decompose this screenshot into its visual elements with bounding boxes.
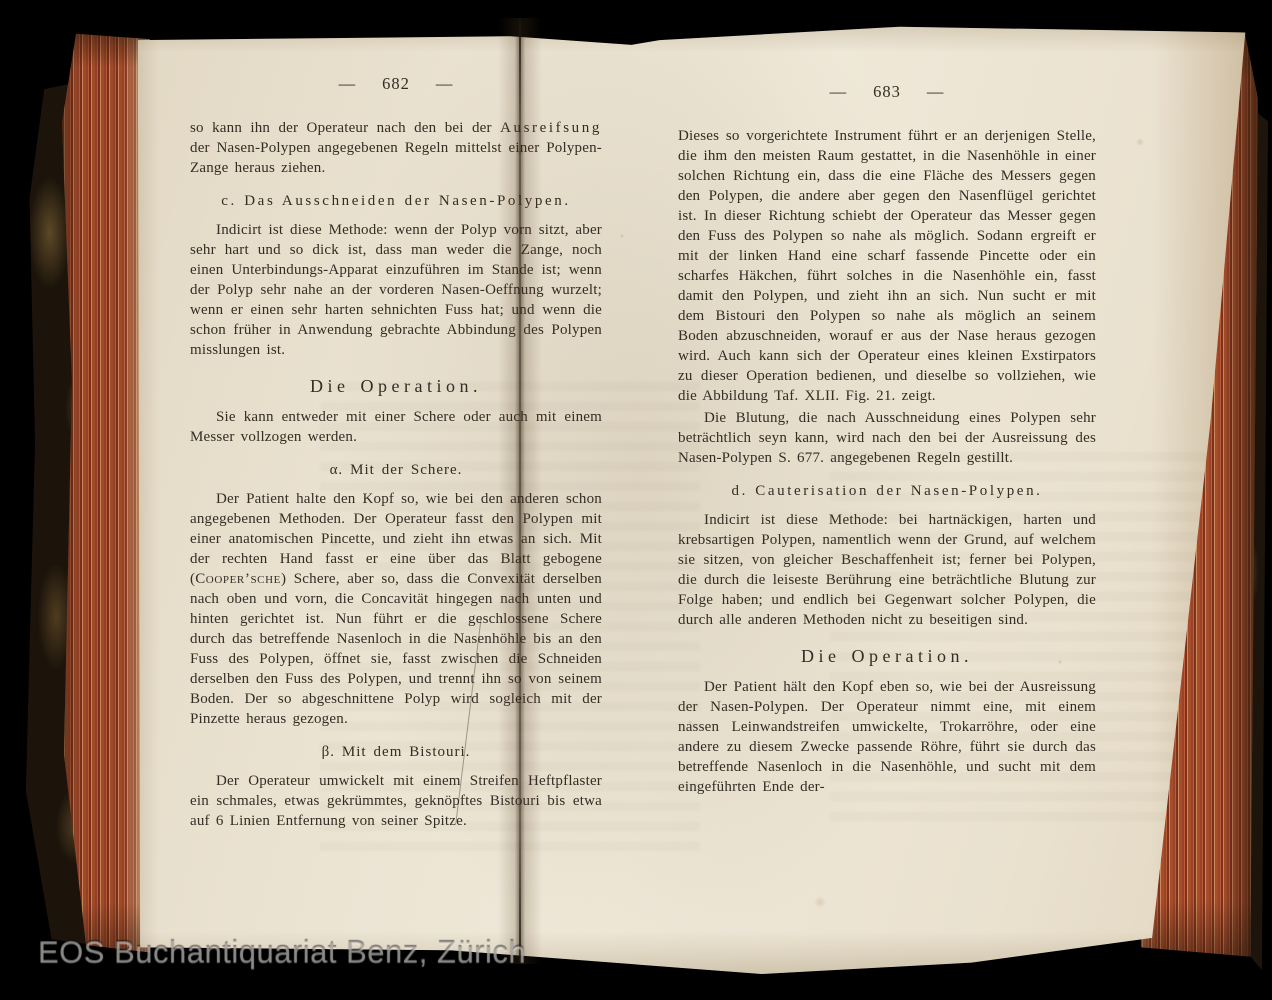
para: so kann ihn der Operateur nach den bei d… (190, 118, 602, 178)
para: Sie kann entweder mit einer Schere oder … (190, 407, 602, 447)
page-number: 683 (873, 82, 901, 102)
page-header: — 682 — (190, 74, 602, 94)
section-heading: d. Cauterisation der Nasen-Polypen. (678, 481, 1096, 501)
page-number: 682 (382, 74, 410, 94)
para: Der Patient halte den Kopf so, wie bei d… (190, 489, 602, 729)
page-header: — 683 — (678, 82, 1096, 102)
right-page-blocks: Dieses so vorgerichtete Instrument führt… (678, 126, 1096, 797)
para: Indicirt ist diese Methode: wenn der Pol… (190, 220, 602, 360)
sub-heading: α. Mit der Schere. (190, 460, 602, 480)
para: Der Patient hält den Kopf eben so, wie b… (678, 677, 1096, 797)
sub-heading: β. Mit dem Bistouri. (190, 742, 602, 762)
header-dash: — (830, 82, 848, 102)
para: Der Operateur umwickelt mit einem Streif… (190, 771, 602, 831)
open-page-spread: — 682 — so kann ihn der Operateur nach d… (130, 22, 1252, 974)
right-page: — 683 — Dieses so vorgerichtete Instrume… (678, 82, 1096, 799)
watermark-text: EOS Buchantiquariat Benz, Zürich (38, 934, 526, 970)
header-dash: — (436, 74, 454, 94)
para: Dieses so vorgerichtete Instrument führt… (678, 126, 1096, 406)
operation-heading: Die Operation. (190, 376, 602, 396)
header-dash: — (927, 82, 945, 102)
left-page: — 682 — so kann ihn der Operateur nach d… (190, 74, 602, 833)
para: Indicirt ist diese Methode: bei hartnäck… (678, 510, 1096, 630)
operation-heading: Die Operation. (678, 646, 1096, 666)
para: Die Blutung, die nach Ausschneidung eine… (678, 408, 1096, 468)
header-dash: — (339, 74, 357, 94)
left-page-blocks: so kann ihn der Operateur nach den bei d… (190, 118, 602, 831)
section-heading: c. Das Ausschneiden der Nasen-Polypen. (190, 191, 602, 211)
